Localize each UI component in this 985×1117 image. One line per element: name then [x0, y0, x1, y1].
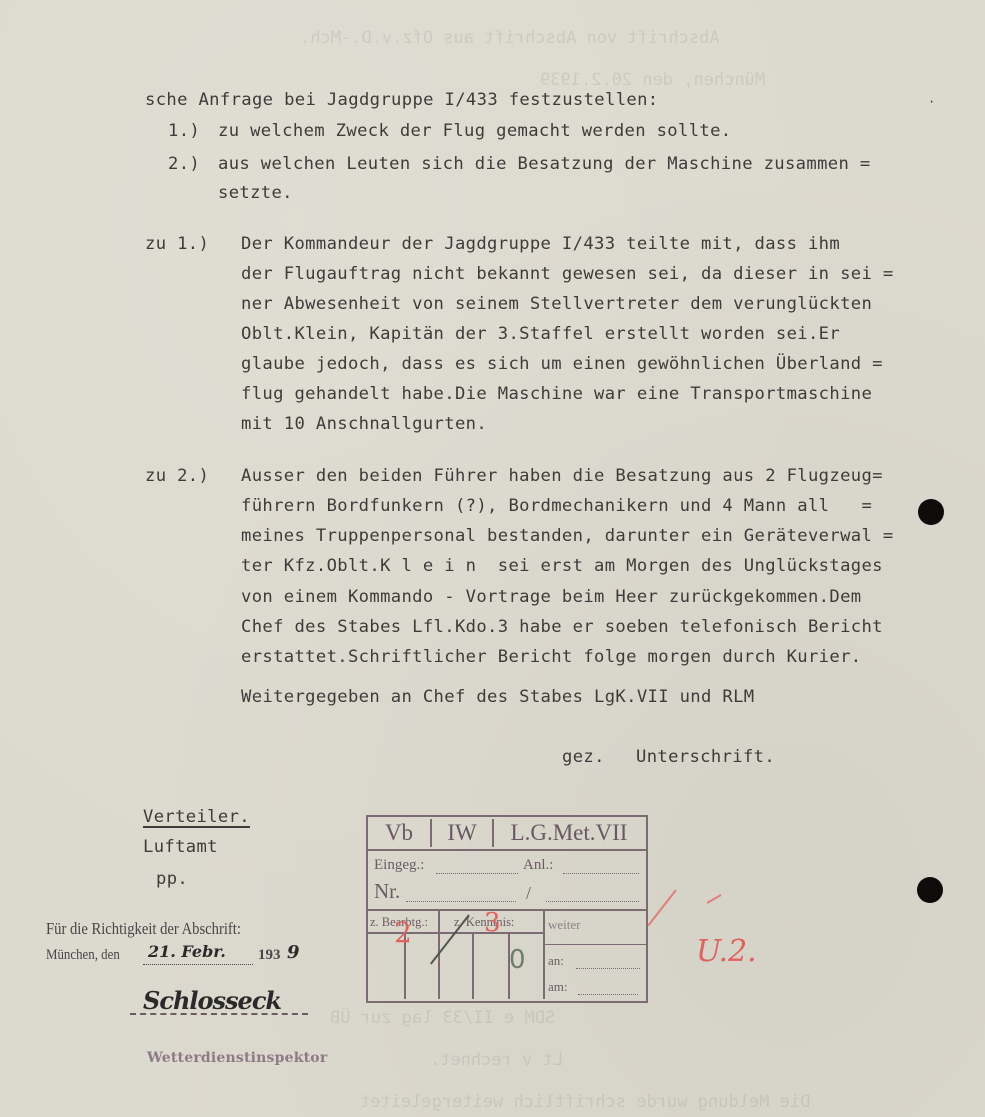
signed-line: Unterschrift.: [636, 747, 775, 767]
answer-line: ter Kfz.Oblt.K l e i n sei erst am Morge…: [241, 556, 883, 576]
stamp-dotted-line: [436, 873, 518, 874]
question-text: aus welchen Leuten sich die Besatzung de…: [218, 154, 871, 174]
distribution-item: pp.: [156, 869, 188, 889]
stamp-divider: [368, 909, 646, 911]
stamp-header-iw: IW: [432, 820, 492, 846]
stamp-anl-label: Anl.:: [523, 857, 553, 874]
answer-line: flug gehandelt habe.Die Maschine war ein…: [241, 384, 872, 404]
bleed-through-text: Abschrift von Abschrift aus Ofz.v.D.-Mch…: [300, 28, 720, 48]
question-number: 1.): [168, 121, 200, 141]
stamp-am-label: am:: [548, 979, 568, 995]
answer-line: von einem Kommando - Vortrage beim Heer …: [241, 587, 861, 607]
answer-line: mit 10 Anschnallgurten.: [241, 414, 487, 434]
handwritten-kenntnis-2: 0: [509, 945, 526, 975]
bleed-through-text: SDM e II/33 lag zur ÜB: [330, 1008, 555, 1028]
stamp-dotted-line: [578, 994, 638, 995]
intro-line: sche Anfrage bei Jagdgruppe I/433 festzu…: [145, 90, 659, 110]
handwritten-year: 9: [287, 942, 300, 963]
red-check-mark: [707, 894, 722, 904]
year-prefix: 193: [258, 947, 281, 964]
stamp-column-line: [543, 909, 545, 999]
answer-line: Der Kommandeur der Jagdgruppe I/433 teil…: [241, 234, 840, 254]
question-text: zu welchem Zweck der Flug gemacht werden…: [218, 121, 732, 141]
title-stamp: Wetterdienstinspektor: [147, 1050, 327, 1066]
question-text-continued: setzte.: [218, 183, 293, 203]
bleed-through-text: Lt v rechnet.: [430, 1050, 563, 1070]
question-number: 2.): [168, 154, 200, 174]
stamp-header-vb: Vb: [368, 820, 430, 846]
signature-line: [130, 1013, 308, 1015]
stamp-header: Vb IW L.G.Met.VII: [368, 817, 646, 851]
bleed-through-text: München, den 20.2.1939: [540, 70, 765, 90]
signed-prefix: gez.: [562, 747, 605, 767]
answer-line: ner Abwesenheit von seinem Stellvertrete…: [241, 294, 872, 314]
stamp-column-line: [472, 932, 474, 999]
stamp-header-lgmet: L.G.Met.VII: [494, 820, 644, 846]
receipt-stamp: Vb IW L.G.Met.VII Eingeg.: Anl.: Nr. / z…: [366, 815, 648, 1003]
bleed-through-text: Die Meldung wurde schriftlich weitergele…: [360, 1092, 810, 1112]
stamp-eingeg-label: Eingeg.:: [374, 857, 424, 874]
stamp-an-label: an:: [548, 953, 564, 969]
answer-line: meines Truppenpersonal bestanden, darunt…: [241, 526, 894, 546]
answer-line: Ausser den beiden Führer haben die Besat…: [241, 466, 883, 486]
document-page: Abschrift von Abschrift aus Ofz.v.D.-Mch…: [0, 0, 985, 1117]
stamp-dotted-line: [563, 873, 639, 874]
answer-line: erstattet.Schriftlicher Bericht folge mo…: [241, 647, 861, 667]
punch-hole: [918, 499, 944, 525]
stamp-nr-label: Nr.: [374, 879, 400, 904]
handwritten-bearbeitung: 2: [394, 916, 412, 949]
stamp-dotted-line: [576, 968, 640, 969]
answer-line: Chef des Stabes Lfl.Kdo.3 habe er soeben…: [241, 617, 883, 637]
date-dotted-line: [143, 964, 253, 965]
answer-line: glaube jedoch, dass es sich um einen gew…: [241, 354, 883, 374]
answer-line: Oblt.Klein, Kapitän der 3.Staffel erstel…: [241, 324, 840, 344]
certification-line: Für die Richtigkeit der Abschrift:: [46, 919, 241, 939]
stamp-divider: [543, 944, 646, 945]
answer-label: zu 1.): [145, 234, 209, 254]
stamp-dotted-line: [546, 901, 639, 902]
handwritten-kenntnis: 3: [484, 908, 501, 938]
answer-line: der Flugauftrag nicht bekannt gewesen se…: [241, 264, 894, 284]
answer-label: zu 2.): [145, 466, 209, 486]
red-check-mark: [648, 889, 677, 926]
handwritten-date: 21. Febr.: [148, 942, 226, 961]
stamp-dotted-line: [406, 901, 516, 902]
certifier-signature: Schlosseck: [143, 986, 281, 1015]
stamp-weiter-label: weiter: [548, 917, 580, 933]
stamp-nr-separator: /: [526, 883, 531, 904]
dot-mark: ·: [928, 92, 936, 112]
answer-line: führern Bordfunkern (?), Bordmechanikern…: [241, 496, 872, 516]
punch-hole: [917, 877, 943, 903]
red-annotation: U.2.: [696, 934, 757, 969]
certification-place: München, den: [46, 947, 120, 964]
distribution-heading: Verteiler.: [143, 807, 250, 827]
distribution-item: Luftamt: [143, 837, 218, 857]
forwarded-line: Weitergegeben an Chef des Stabes LgK.VII…: [241, 687, 755, 707]
